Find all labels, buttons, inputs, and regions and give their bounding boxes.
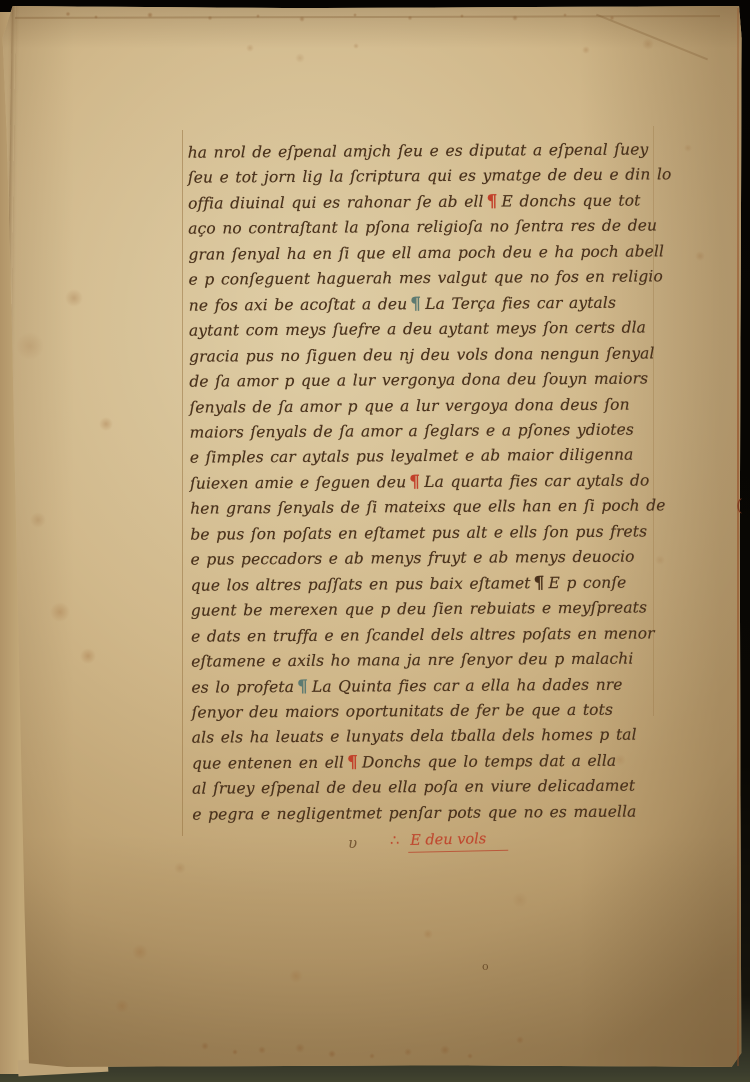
line-text: de ſa amor p que a lur vergonya dona deu… <box>189 370 648 391</box>
line-text: e dats en truffa e en ſcandel dels altre… <box>191 624 655 645</box>
line-text: ſuiexen amie e ſeguen deu <box>190 473 406 493</box>
line-text: aço no contraſtant la pſona religioſa no… <box>188 217 657 238</box>
manuscript-text-line: ſuiexen amie e ſeguen deu¶La quarta fies… <box>190 468 660 497</box>
line-text: Donchs que lo temps dat a ella <box>362 752 616 772</box>
line-text: E p conſe <box>548 573 626 592</box>
manuscript-text-block: ha nrol de eſpenal amjch ſeu e es diputa… <box>188 137 663 827</box>
manuscript-text-line: guent be merexen que p deu ſien rebuiats… <box>191 596 661 625</box>
paraph-icon: ¶ <box>347 752 358 772</box>
flourish-mark: υ <box>348 834 357 852</box>
manuscript-text-line: gracia pus no ſiguen deu nj deu vols don… <box>189 341 659 370</box>
manuscript-text-line: gran ſenyal ha en ſi que ell ama poch de… <box>188 239 658 268</box>
paraph-icon: ¶ <box>410 294 421 314</box>
manuscript-text-line: ſenyals de ſa amor p que a lur vergoya d… <box>189 392 659 421</box>
line-text: ſenyor deu maiors oportunitats de fer be… <box>192 701 613 722</box>
line-text: E donchs que tot <box>501 191 640 210</box>
line-text: gracia pus no ſiguen deu nj deu vols don… <box>189 344 655 365</box>
stray-o-mark: o <box>482 960 489 973</box>
manuscript-text-line: be pus ſon poſats en eſtamet pus alt e e… <box>190 519 660 548</box>
line-text: La quarta fies car aytals do <box>424 471 649 491</box>
line-text: La Terça fies car aytals <box>425 293 616 312</box>
paraph-icon: ¶ <box>487 191 498 211</box>
manuscript-text-line: ne fos axi be acoſtat a deu¶La Terça fie… <box>189 290 659 319</box>
catchword-rubric: ∴E deu vols <box>390 831 509 849</box>
line-text: maiors ſenyals de ſa amor a ſeglars e a … <box>190 421 634 442</box>
manuscript-text-line: e ſimples car aytals pus leyalmet e ab m… <box>190 443 660 472</box>
line-text: e pus peccadors e ab menys fruyt e ab me… <box>190 548 634 569</box>
line-text: guent be merexen que p deu ſien rebuiats… <box>191 599 647 620</box>
manuscript-text-line: offia diuinal qui es rahonar ſe ab ell¶E… <box>188 188 658 217</box>
manuscript-text-line: als els ha leuats e lunyats dela tballa … <box>192 723 662 752</box>
manuscript-text-line: ha nrol de eſpenal amjch ſeu e es diputa… <box>188 137 658 166</box>
paraph-icon: ¶ <box>297 676 308 696</box>
rubric-paraph-icon: ∴ <box>390 833 400 849</box>
line-text: La Quinta fies car a ella ha dades nre <box>312 675 623 695</box>
manuscript-text-line: e dats en truffa e en ſcandel dels altre… <box>191 621 661 650</box>
line-text: e pegra e negligentmet penſar pots que n… <box>192 802 636 823</box>
parchment-leaf: ha nrol de eſpenal amjch ſeu e es diputa… <box>0 6 742 1068</box>
paraph-icon: ¶ <box>409 472 420 492</box>
manuscript-text-line: aço no contraſtant la pſona religioſa no… <box>188 214 658 243</box>
line-text: e ſimples car aytals pus leyalmet e ab m… <box>190 446 634 467</box>
line-text: offia diuinal qui es rahonar ſe ab ell <box>188 192 484 212</box>
manuscript-text-line: e p conſeguent haguerah mes valgut que n… <box>188 265 658 294</box>
catchword-text: E deu vols <box>408 831 508 853</box>
photo-backdrop: ha nrol de eſpenal amjch ſeu e es diputa… <box>0 0 750 1082</box>
manuscript-text-line: eſtamene e axils ho mana ja nre ſenyor d… <box>191 646 661 675</box>
line-text: es lo profeta <box>191 677 294 696</box>
manuscript-text-line: de ſa amor p que a lur vergonya dona deu… <box>189 366 659 395</box>
leaf-right-edge-highlight <box>737 8 739 1066</box>
line-text: ſenyals de ſa amor p que a lur vergoya d… <box>189 395 629 416</box>
manuscript-text-line: maiors ſenyals de ſa amor a ſeglars e a … <box>190 417 660 446</box>
line-text: aytant com meys ſuefre a deu aytant meys… <box>189 319 646 340</box>
line-text: ſeu e tot jorn lig la ſcriptura qui es y… <box>188 166 672 187</box>
manuscript-text-line: es lo profeta¶La Quinta fies car a ella … <box>191 672 661 701</box>
manuscript-text-line: e pus peccadors e ab menys fruyt e ab me… <box>190 545 660 574</box>
line-text: que entenen en ell <box>192 753 344 772</box>
manuscript-text-line: e pegra e negligentmet penſar pots que n… <box>192 799 662 828</box>
line-text: be pus ſon poſats en eſtamet pus alt e e… <box>190 522 647 543</box>
line-text: e p conſeguent haguerah mes valgut que n… <box>189 268 663 289</box>
manuscript-text-line: que los altres paſſats en pus baix eſtam… <box>191 570 661 599</box>
line-text: al ſruey eſpenal de deu ella poſa en viu… <box>192 777 635 798</box>
line-text: als els ha leuats e lunyats dela tballa … <box>192 726 637 747</box>
line-text: eſtamene e axils ho mana ja nre ſenyor d… <box>191 650 633 671</box>
manuscript-text-line: al ſruey eſpenal de deu ella poſa en viu… <box>192 774 662 803</box>
manuscript-text-line: ſeu e tot jorn lig la ſcriptura qui es y… <box>188 163 658 192</box>
ruling-line-left <box>182 130 183 836</box>
right-edge-curve-mark: ( <box>736 496 743 516</box>
line-text: que los altres paſſats en pus baix eſtam… <box>191 574 531 594</box>
line-text: ha nrol de eſpenal amjch ſeu e es diputa… <box>188 140 649 161</box>
paraph-icon: ¶ <box>534 573 545 593</box>
manuscript-text-line: hen grans ſenyals de ſi mateixs que ells… <box>190 494 660 523</box>
manuscript-text-line: que entenen en ell¶Donchs que lo temps d… <box>192 748 662 777</box>
manuscript-text-line: aytant com meys ſuefre a deu aytant meys… <box>189 316 659 345</box>
line-text: ne fos axi be acoſtat a deu <box>189 295 408 315</box>
manuscript-text-line: ſenyor deu maiors oportunitats de fer be… <box>192 697 662 726</box>
line-text: hen grans ſenyals de ſi mateixs que ells… <box>190 497 665 518</box>
line-text: gran ſenyal ha en ſi que ell ama poch de… <box>188 242 664 263</box>
